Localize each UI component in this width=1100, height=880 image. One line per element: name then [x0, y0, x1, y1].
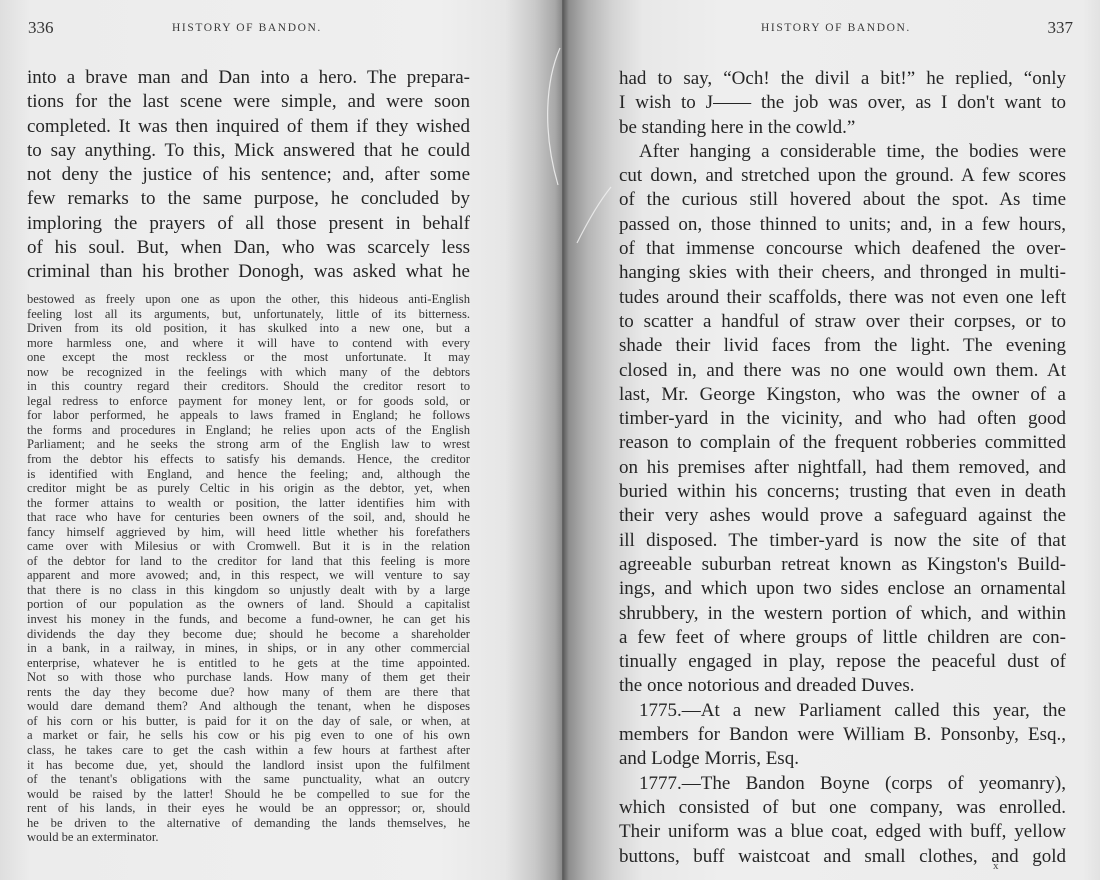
- page-number: 336: [28, 18, 54, 38]
- text-line: tinually engaged in play, repose the pea…: [619, 650, 1066, 674]
- note-line: a market or fair, he sells his cow or hi…: [27, 728, 470, 743]
- text-line: on his premises after nightfall, had the…: [619, 456, 1066, 480]
- note-line: apparent and more avowed; and, in this r…: [27, 568, 470, 583]
- text-line: of the curious still hovered about the s…: [619, 188, 1066, 212]
- note-line: he be driven to the alternative of deman…: [27, 816, 470, 831]
- note-line: came over with Milesius or with Cromwell…: [27, 539, 470, 554]
- text-line: their very ashes would prove a safeguard…: [619, 504, 1066, 528]
- text-line: to scatter a handful of straw over their…: [619, 310, 1066, 334]
- running-head: HISTORY OF BANDON.: [761, 22, 911, 34]
- note-line: in this country regard their creditors. …: [27, 379, 470, 394]
- main-text: had to say, “Och! the divil a bit!” he r…: [619, 67, 1066, 869]
- text-line: shade their livid faces from the light. …: [619, 334, 1066, 358]
- text-line: shrubbery, in the western portion of whi…: [619, 602, 1066, 626]
- note-line: creditor might be as purely Celtic in hi…: [27, 481, 470, 496]
- text-line: imploring the prayers of all those prese…: [27, 212, 470, 236]
- text-line: tudes around their scaffolds, there was …: [619, 286, 1066, 310]
- note-line: enterprise, whatever he is entitled to h…: [27, 656, 470, 671]
- text-line: of his soul. But, when Dan, who was scar…: [27, 236, 470, 260]
- text-line: ill disposed. The timber-yard is now the…: [619, 529, 1066, 553]
- text-line: members for Bandon were William B. Ponso…: [619, 723, 1066, 747]
- text-line: criminal than his brother Donogh, was as…: [27, 260, 470, 284]
- note-line: of the tenant's obligations with the sam…: [27, 772, 470, 787]
- text-line: closed in, and there was no one would ow…: [619, 359, 1066, 383]
- text-line: the once notorious and dreaded Duves.: [619, 674, 1066, 698]
- paper-crease-mark: [573, 185, 613, 245]
- note-line: Driven from its old position, it has sku…: [27, 321, 470, 336]
- note-line: legal redress to enforce payment for mon…: [27, 394, 470, 409]
- note-line: rents the day they become due? how many …: [27, 685, 470, 700]
- text-line: cut down, and stretched upon the ground.…: [619, 164, 1066, 188]
- note-line: the former attains to wealth or position…: [27, 496, 470, 511]
- note-line: that there is no class in this kingdom s…: [27, 583, 470, 598]
- note-line: that race who have for centuries been ow…: [27, 510, 470, 525]
- text-line: and Lodge Morris, Esq.: [619, 747, 1066, 771]
- note-line: would dare demand them? And although the…: [27, 699, 470, 714]
- note-line: it has become due, yet, should the landl…: [27, 758, 470, 773]
- note-line: is identified with England, and hence th…: [27, 467, 470, 482]
- text-line: timber-yard in the vicinity, and who had…: [619, 407, 1066, 431]
- note-line: more harmless one, and where it will hav…: [27, 336, 470, 351]
- note-line: invest his money in the funds, and becom…: [27, 612, 470, 627]
- paragraph-start: 1777.—The Bandon Boyne (corps of yeomanr…: [619, 772, 1066, 796]
- note-line: in a bank, in a railway, in mines, in sh…: [27, 641, 470, 656]
- text-line: agreeable suburban retreat known as King…: [619, 553, 1066, 577]
- text-line: to say anything. To this, Mick answered …: [27, 139, 470, 163]
- note-line: rent of his lands, in their eyes he woul…: [27, 801, 470, 816]
- note-line: class, he takes care to get the cash wit…: [27, 743, 470, 758]
- right-page: HISTORY OF BANDON. 337 had to say, “Och!…: [563, 0, 1100, 880]
- text-line: ings, and which upon two sides enclose a…: [619, 577, 1066, 601]
- footnote: bestowed as freely upon one as upon the …: [27, 292, 470, 845]
- text-line: buried within his concerns; trusting tha…: [619, 480, 1066, 504]
- text-line: be standing here in the cowld.”: [619, 116, 1066, 140]
- note-line: of his corn or his butter, is paid for i…: [27, 714, 470, 729]
- note-line: portion of our population as the owners …: [27, 597, 470, 612]
- text-line: which consisted of but one company, was …: [619, 796, 1066, 820]
- note-line: the forms and procedures in England; he …: [27, 423, 470, 438]
- paragraph-start: 1775.—At a new Parliament called this ye…: [619, 699, 1066, 723]
- page-number: 337: [1048, 18, 1074, 38]
- paragraph-start: After hanging a considerable time, the b…: [619, 140, 1066, 164]
- book-spread: 336 HISTORY OF BANDON. into a brave man …: [0, 0, 1100, 880]
- note-line: dividends the day they become due; shoul…: [27, 627, 470, 642]
- text-line: Their uniform was a blue coat, edged wit…: [619, 820, 1066, 844]
- text-line: a few feet of where groups of little chi…: [619, 626, 1066, 650]
- text-line: few remarks to the same purpose, he conc…: [27, 187, 470, 211]
- note-line: one except the most reckless or the most…: [27, 350, 470, 365]
- note-line: for labor performed, he appeals to laws …: [27, 408, 470, 423]
- signature-mark: x: [993, 860, 999, 872]
- note-line: feeling lost all its arguments, but, unf…: [27, 307, 470, 322]
- note-line: Not so with those who purchase lands. Ho…: [27, 670, 470, 685]
- main-text: into a brave man and Dan into a hero. Th…: [27, 66, 470, 285]
- text-line: passed on, those thinned to units; and, …: [619, 213, 1066, 237]
- note-line: now be recognized in the feelings with w…: [27, 365, 470, 380]
- text-line: I wish to J—— the job was over, as I don…: [619, 91, 1066, 115]
- note-line: bestowed as freely upon one as upon the …: [27, 292, 470, 307]
- note-line: Parliament; and he seeks the strong arm …: [27, 437, 470, 452]
- text-line: had to say, “Och! the divil a bit!” he r…: [619, 67, 1066, 91]
- left-page: 336 HISTORY OF BANDON. into a brave man …: [0, 0, 563, 880]
- text-line: into a brave man and Dan into a hero. Th…: [27, 66, 470, 90]
- note-line: of the debtor for land to the creditor f…: [27, 554, 470, 569]
- note-line: from the debtor his effects to satisfy h…: [27, 452, 470, 467]
- text-line: hanging skies with their cheers, and thr…: [619, 261, 1066, 285]
- text-line: not deny the justice of his sentence; an…: [27, 163, 470, 187]
- text-line: reason to complain of the frequent robbe…: [619, 431, 1066, 455]
- note-line: would be raised by the latter! Should he…: [27, 787, 470, 802]
- text-line: completed. It was then inquired of them …: [27, 115, 470, 139]
- text-line: tions for the last scene were simple, an…: [27, 90, 470, 114]
- note-line: fancy himself aggrieved by him, will hee…: [27, 525, 470, 540]
- running-head: HISTORY OF BANDON.: [172, 22, 322, 34]
- text-line: last, Mr. George Kingston, who was the o…: [619, 383, 1066, 407]
- note-line: would be an exterminator.: [27, 830, 470, 845]
- text-line: of that immense concourse which deafened…: [619, 237, 1066, 261]
